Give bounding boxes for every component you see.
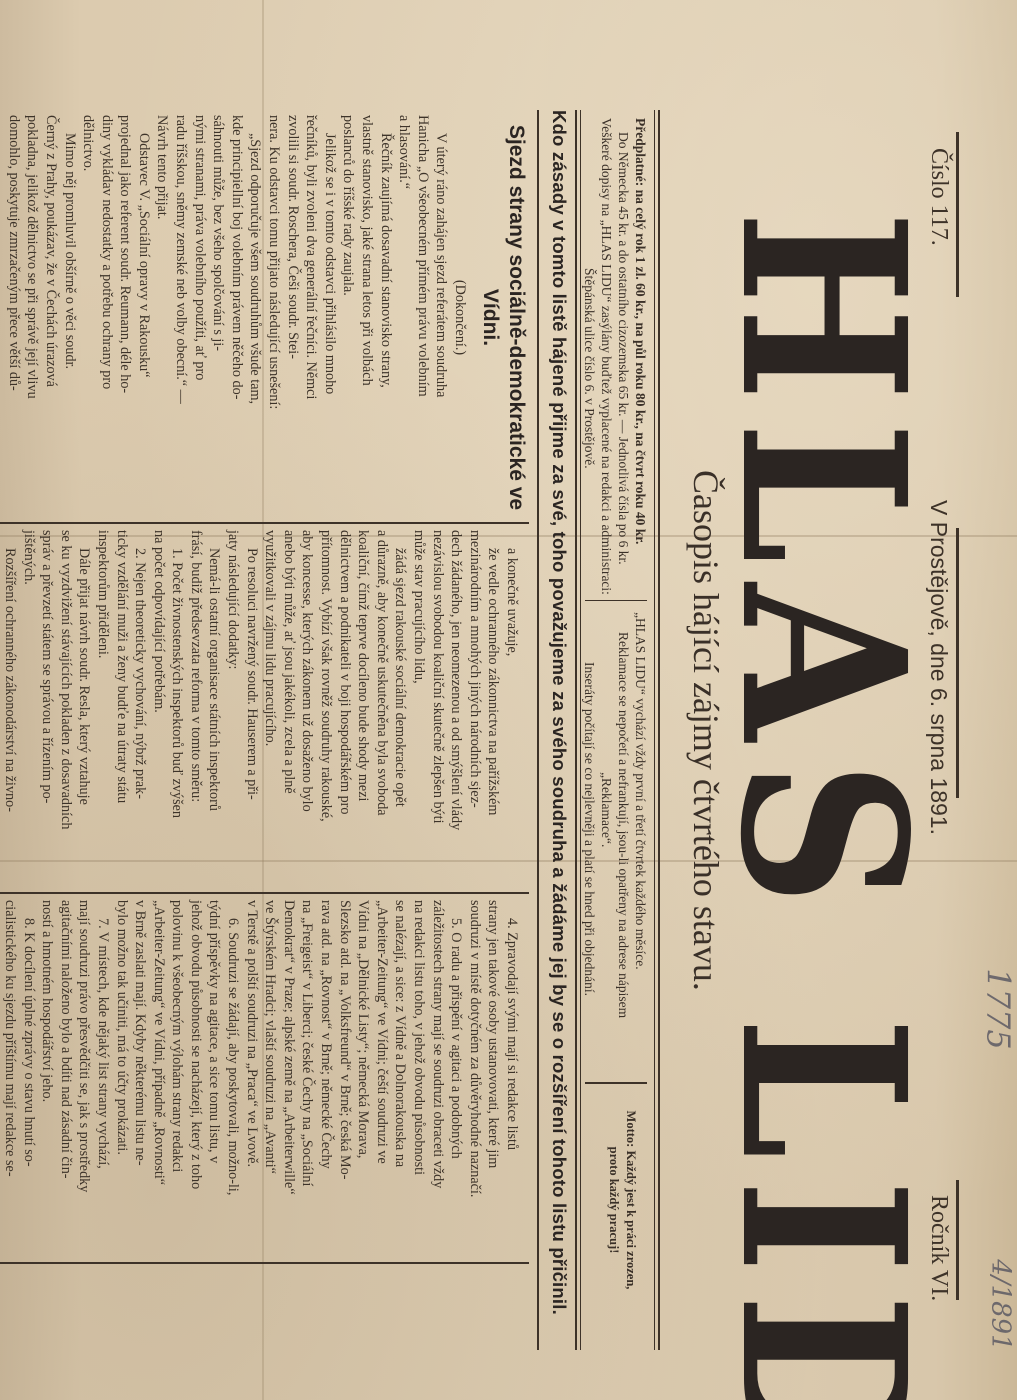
article-line: 6. Soudruzi se žádají, aby poskytovali, … bbox=[224, 900, 243, 1260]
article-column-1: Sjezd strany sociálně-demokratické ve Ví… bbox=[4, 115, 529, 520]
article-line: se ku vyzdvižení stávajících pokladen z … bbox=[56, 530, 75, 890]
article-line: 4. Zpravodají svými mají si redakce list… bbox=[502, 900, 521, 1260]
publication-line: „HLAS LIDU“ vychází vždy první a třetí č… bbox=[632, 612, 649, 1132]
article-line: kde principiellní boj volebním právem ně… bbox=[227, 115, 246, 520]
article-line: nými stranami, práva volebního použíti, … bbox=[190, 115, 209, 520]
separator-rule bbox=[654, 110, 655, 1350]
article-line: rava atd. na „Rovnost“ v Brně; německé Č… bbox=[316, 900, 335, 1260]
handwritten-note: 4/1891 bbox=[986, 1259, 1016, 1350]
article-line: Rozšíření ochranného zákonodárství na ži… bbox=[0, 530, 19, 890]
article-line: Vídni na „Dělnické Listy“; německá Morav… bbox=[354, 900, 373, 1260]
article-line: Nemá-li ostatní organisace státních insp… bbox=[205, 530, 224, 890]
article-line: v Brně zaslati mají. Kdyby některému lis… bbox=[131, 900, 150, 1260]
article-line: jištěných. bbox=[19, 530, 38, 890]
banner-slogan: Kdo zásady v tomto listě hájené přijme z… bbox=[548, 110, 570, 1340]
article-line: Dále přijat návrh soudr. Resla, který vz… bbox=[75, 530, 94, 890]
article-line: dech žádaného, jen neomezenou a od smýšl… bbox=[447, 530, 466, 890]
motto-line: proto každý pracuj! bbox=[605, 1090, 622, 1310]
article-line: cialistického ku sjezdu příštímu mají re… bbox=[0, 900, 19, 1260]
separator-rule bbox=[580, 110, 581, 1350]
article-title: Sjezd strany sociálně-demokratické ve Ví… bbox=[477, 115, 529, 520]
article-line: záležitostech strany mají se soudruzi ob… bbox=[428, 900, 447, 1260]
article-line: Demokrat“ v Praze; alpské země na „Arbei… bbox=[279, 900, 298, 1260]
article-line: a konečně uvažuje, bbox=[502, 530, 521, 890]
newspaper-page: Číslo 117. V Prostějově, dne 6. srpna 18… bbox=[0, 0, 1017, 1400]
article-line: 8. K docílení úplné zprávy o stavu hnutí… bbox=[19, 900, 38, 1260]
article-line: nezávislou svobodou koaliční skutečně zl… bbox=[428, 530, 447, 890]
article-line: pokladna, jelikož dělnictvo se při správ… bbox=[23, 115, 42, 520]
subscription-line: Do Německa 45 kr. a do ostatního cizozem… bbox=[615, 118, 632, 603]
article-line: koaliční, čímž teprve docíleno bude shod… bbox=[354, 530, 373, 890]
article-line: Slezsko atd. na „Volksfreund“ v Brně; če… bbox=[335, 900, 354, 1260]
subscription-line: Předplatné: na celý rok 1 zl. 60 kr., na… bbox=[632, 118, 649, 603]
article-line: dělnictvo. bbox=[79, 115, 98, 520]
publication-line: Reklamace se nepočetí a nefrankují, jsou… bbox=[615, 612, 632, 1132]
article-line: frásí, budiž předsevzata reforma v tomto… bbox=[186, 530, 205, 890]
article-subtitle: (Dokončení.) bbox=[450, 115, 469, 520]
separator-rule bbox=[575, 110, 577, 1350]
subscription-line: Štěpánská ulice číslo 6. v Prostějově. bbox=[581, 118, 598, 603]
article-line: poslanců do říšské rady zaujala. bbox=[339, 115, 358, 520]
article-line: „Sjezd odporučuje všem soudruhům všude t… bbox=[246, 115, 265, 520]
article-line: Černý z Prahy, poukázav, že v Čechách úr… bbox=[41, 115, 60, 520]
column-rule bbox=[0, 1262, 529, 1264]
article-line: Odstavec V. „Sociální opravy v Rakousku“ bbox=[134, 115, 153, 520]
article-line: vlastně stanovisko, jaké strana letos př… bbox=[357, 115, 376, 520]
column-rule bbox=[585, 600, 647, 601]
article-line: může stav pracujícího lidu, bbox=[409, 530, 428, 890]
article-line: agitačními naloženo bylo a bdíti nad zás… bbox=[56, 900, 75, 1260]
article-line: radu říšskou, sněmy zemské neb volby obe… bbox=[172, 115, 191, 520]
article-line: 5. O radu a přispění v agitaci a podobný… bbox=[447, 900, 466, 1260]
subscription-line: Veškeré dopisy na „HLAS LIDU“ zasýlány b… bbox=[598, 118, 615, 603]
subscription-info: Předplatné: na celý rok 1 zl. 60 kr., na… bbox=[581, 118, 649, 603]
article-line: „Arbeiter-Zeitung“ ve Vídni; čeští soudr… bbox=[372, 900, 391, 1260]
masthead-rule bbox=[956, 132, 959, 297]
article-line: v Terstě a polští soudruzi na „Praca“ ve… bbox=[242, 900, 261, 1260]
article-column-3: 4. Zpravodají svými mají si redakce list… bbox=[0, 900, 521, 1260]
article-line: na počet odpovídající potřebám. bbox=[149, 530, 168, 890]
article-line: anebo býti může, ať jsou jakékoli, zcela… bbox=[279, 530, 298, 890]
article-line: diny vykládav nedostatky a potřebu ochra… bbox=[97, 115, 116, 520]
article-line: „Arbeiter-Zeitung“ ve Vídni, případně „R… bbox=[149, 900, 168, 1260]
column-rule bbox=[0, 892, 529, 894]
article-line: a hlasování.“ bbox=[395, 115, 414, 520]
separator-rule bbox=[537, 110, 539, 1350]
article-line: Mimo něj promluvil obšírně o věci soudr. bbox=[60, 115, 79, 520]
article-line: řečníků, byli zvoleni dva generální řečn… bbox=[302, 115, 321, 520]
article-line: sáhnouti může, bez všeho spolčování s ji… bbox=[209, 115, 228, 520]
newspaper-title: HLAS LIDU bbox=[717, 210, 927, 1155]
article-line: bylo možno tak učiniti, má to účty proká… bbox=[112, 900, 131, 1260]
publication-info: „HLAS LIDU“ vychází vždy první a třetí č… bbox=[581, 612, 649, 1132]
article-line: ticky vzdělání muži a ženy budťe na útra… bbox=[112, 530, 131, 890]
article-line: přítomnost. Vybízí však rovněž soudruhy … bbox=[316, 530, 335, 890]
article-line: 2. Nejen theoreticky vychování, nýbrž pr… bbox=[131, 530, 150, 890]
article-line: inspektorům přiděleni. bbox=[93, 530, 112, 890]
article-line: Jelikož se i v tomto odstavci přihlásilo… bbox=[320, 115, 339, 520]
masthead-rule bbox=[956, 1180, 959, 1300]
article-line: 1. Počet živnostenských inspektorů buď z… bbox=[168, 530, 187, 890]
article-line: Po resoluci navržený soudr. Hauserem a p… bbox=[242, 530, 261, 890]
article-line: Návrh tento přijat. bbox=[153, 115, 172, 520]
article-column-2: a konečně uvažuje,že vedle ochranného zá… bbox=[0, 530, 521, 890]
motto: Motto: Každý jest k práci zrozen, proto … bbox=[605, 1090, 639, 1310]
article-line: žádá sjezd rakouské sociální demokracie … bbox=[391, 530, 410, 890]
article-line: dělnictvem a podnikateli v boji hospodář… bbox=[335, 530, 354, 890]
article-line: jehož obvodu působnosti se nacházejí, kt… bbox=[186, 900, 205, 1260]
article-line: 7. V místech, kde nějaký list strany vyc… bbox=[93, 900, 112, 1260]
article-line: využitkovali v zájmu lidu pracujícího. bbox=[261, 530, 280, 890]
article-line: projednal jako referent soudr. Reumann, … bbox=[116, 115, 135, 520]
article-line: mají soudruzi právo přesvědčiti se, jak … bbox=[75, 900, 94, 1260]
article-line: soudruzi v místě dotyčném za důvěryhodné… bbox=[465, 900, 484, 1260]
column-rule bbox=[0, 522, 529, 524]
article-line: na „Freigeist“ v Liberci; české Čechy na… bbox=[298, 900, 317, 1260]
article-line: nera. Ku odstavci tomu přijato následují… bbox=[264, 115, 283, 520]
masthead-rule bbox=[956, 528, 959, 798]
article-line: zvolili si soudr. Roschera, Češi soudr. … bbox=[283, 115, 302, 520]
article-line: Řečník zaujímá dosavadní stanovisko stra… bbox=[376, 115, 395, 520]
article-line: ve Štýrském Hradci; vlaští soudruzi na „… bbox=[261, 900, 280, 1260]
publication-line: Inseráty počítají se co nejlevněji a pla… bbox=[581, 612, 598, 1132]
separator-rule bbox=[658, 110, 660, 1350]
article-line: na redakci listu toho, v jehož obvodu pů… bbox=[409, 900, 428, 1260]
motto-line: Motto: Každý jest k práci zrozen, bbox=[622, 1090, 639, 1310]
article-line: jaty následující dodatky: bbox=[224, 530, 243, 890]
handwritten-note: 1775 bbox=[980, 968, 1017, 1049]
article-line: domohlo, poskytuje zmrzačeným přece větš… bbox=[4, 115, 23, 520]
column-rule bbox=[585, 1082, 647, 1084]
article-line: že vedle ochranného zákonnictva na paříž… bbox=[484, 530, 503, 890]
article-line: aby koncesse, kterých zákonem už dosažen… bbox=[298, 530, 317, 890]
newspaper-subtitle: Časopis hájící zájmy čtvrtého stavu. bbox=[685, 470, 727, 991]
article-line: správ a převzetí státem se správou a říz… bbox=[38, 530, 57, 890]
article-line: a důrazně, aby konečně uskutečněna byla … bbox=[372, 530, 391, 890]
article-line: strany jen takové osoby ustanovovati, kt… bbox=[484, 900, 503, 1260]
article-line: týdní příspěvky na agitace, a sice tomu … bbox=[205, 900, 224, 1260]
rotated-page-content: Číslo 117. V Prostějově, dne 6. srpna 18… bbox=[0, 0, 1017, 1400]
article-line: Hanicha „O všeobecném přímém právu voleb… bbox=[413, 115, 432, 520]
publication-line: „Reklamace“. bbox=[598, 612, 615, 1132]
article-line: se nalézají, a sice: z Vídně a Dolnorako… bbox=[391, 900, 410, 1260]
article-line: mezinárodním a mnohých jiných národních … bbox=[465, 530, 484, 890]
article-line: ností a hmotném hospodářství jeho. bbox=[38, 900, 57, 1260]
article-line: V úterý ráno zahájen sjezd referátem sou… bbox=[432, 115, 451, 520]
article-line: polovinu k všeobecným výlohám strany red… bbox=[168, 900, 187, 1260]
